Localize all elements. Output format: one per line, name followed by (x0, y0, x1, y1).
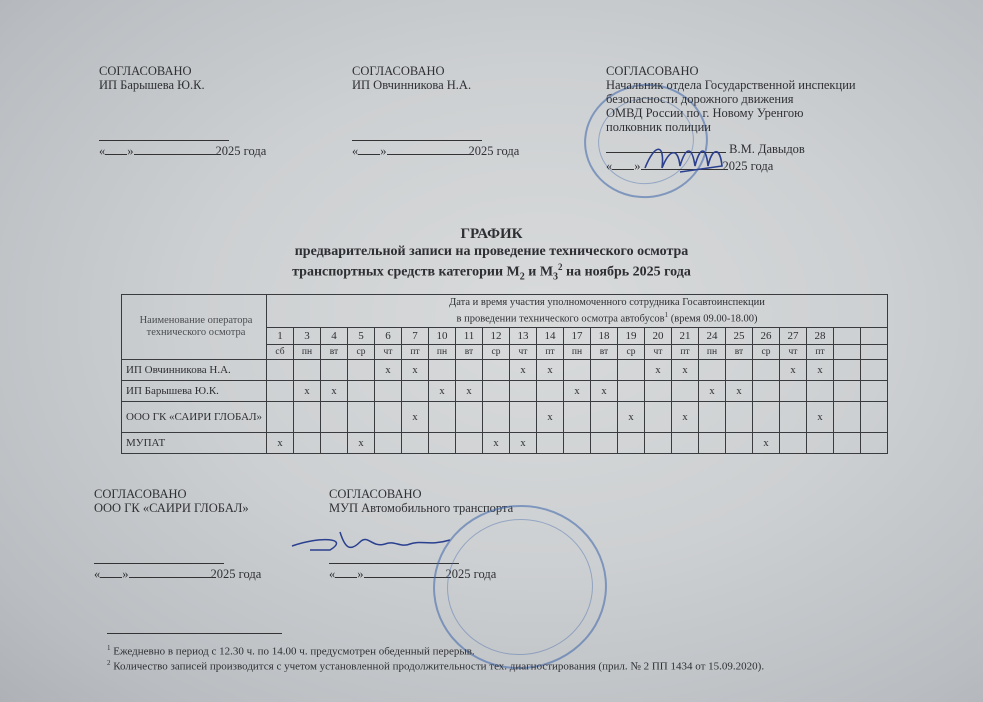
schedule-cell: x (807, 360, 834, 381)
date-line: «»2025 года (94, 567, 261, 581)
schedule-cell (699, 402, 726, 433)
schedule-cell: x (726, 381, 753, 402)
schedule-cell (456, 402, 483, 433)
weekday-cell: пн (564, 345, 591, 360)
schedule-cell (483, 402, 510, 433)
schedule-cell (834, 381, 861, 402)
table-row: ООО ГК «САИРИ ГЛОБАЛ»xxxxx (122, 402, 888, 433)
date-cell: 14 (537, 328, 564, 345)
approval-label: СОГЛАСОВАНО (94, 487, 261, 501)
schedule-cell: x (402, 402, 429, 433)
schedule-cell: x (348, 433, 375, 454)
schedule-cell: x (780, 360, 807, 381)
date-cell: 19 (618, 328, 645, 345)
doc-title: ГРАФИК (0, 226, 983, 243)
schedule-cell: x (429, 381, 456, 402)
footnote-2: 2 Количество записей производится с учет… (107, 659, 764, 673)
weekday-cell: пн (429, 345, 456, 360)
schedule-cell: x (402, 360, 429, 381)
operator-name: ИП Барышева Ю.К. (122, 381, 267, 402)
schedule-cell (861, 433, 888, 454)
date-cell: 20 (645, 328, 672, 345)
schedule-cell: x (591, 381, 618, 402)
schedule-cell (294, 433, 321, 454)
schedule-cell: x (618, 402, 645, 433)
date-cell: 11 (456, 328, 483, 345)
date-cell: 17 (564, 328, 591, 345)
signature-davydov (640, 138, 730, 178)
approval-party: ИП Барышева Ю.К. (99, 78, 266, 92)
date-line: «»2025 года (352, 144, 519, 158)
schedule-cell (402, 381, 429, 402)
schedule-cell (429, 402, 456, 433)
weekday-cell: сб (267, 345, 294, 360)
weekday-cell: вт (321, 345, 348, 360)
date-cell (861, 328, 888, 345)
schedule-cell (564, 433, 591, 454)
date-cell: 21 (672, 328, 699, 345)
schedule-cell (618, 360, 645, 381)
schedule-cell (429, 433, 456, 454)
date-cell: 12 (483, 328, 510, 345)
approval-party-line: Начальник отдела Государственной инспекц… (606, 78, 856, 92)
schedule-cell (726, 360, 753, 381)
doc-subtitle-1: предварительной записи на проведение тех… (0, 244, 983, 260)
table-row: ИП Барышева Ю.К.xxxxxxxx (122, 381, 888, 402)
weekday-cell: пт (537, 345, 564, 360)
signature-line (99, 128, 229, 141)
approval-party-line: полковник полиции (606, 120, 856, 134)
date-cell: 27 (780, 328, 807, 345)
weekday-cell: пт (672, 345, 699, 360)
weekday-cell: ср (348, 345, 375, 360)
schedule-cell (564, 402, 591, 433)
schedule-cell (753, 360, 780, 381)
schedule-cell (591, 360, 618, 381)
weekday-cell: ср (753, 345, 780, 360)
schedule-cell (726, 433, 753, 454)
schedule-cell (267, 381, 294, 402)
date-line: «»2025 года (99, 144, 266, 158)
schedule-cell (348, 360, 375, 381)
date-cell (834, 328, 861, 345)
approval-sairi: СОГЛАСОВАНО ООО ГК «САИРИ ГЛОБАЛ» «»2025… (94, 487, 261, 581)
approval-party: ИП Овчинникова Н.А. (352, 78, 519, 92)
schedule-cell (483, 360, 510, 381)
approval-label: СОГЛАСОВАНО (329, 487, 513, 501)
schedule-cell (267, 402, 294, 433)
date-cell: 10 (429, 328, 456, 345)
weekday-cell (834, 345, 861, 360)
date-cell: 24 (699, 328, 726, 345)
schedule-cell (861, 360, 888, 381)
date-cell: 6 (375, 328, 402, 345)
footnote-1: 1 Ежедневно в период с 12.30 ч. по 14.00… (107, 644, 475, 658)
schedule-cell (456, 360, 483, 381)
schedule-cell: x (537, 360, 564, 381)
schedule-cell (618, 381, 645, 402)
table-row: МУПАТxxxxx (122, 433, 888, 454)
header-date-time: Дата и время участия уполномоченного сот… (267, 295, 888, 328)
weekday-cell (861, 345, 888, 360)
schedule-cell (834, 360, 861, 381)
signer-name: В.М. Давыдов (729, 142, 805, 156)
schedule-cell (321, 402, 348, 433)
schedule-cell (645, 433, 672, 454)
schedule-cell: x (645, 360, 672, 381)
weekday-cell: чт (645, 345, 672, 360)
schedule-cell (807, 433, 834, 454)
schedule-cell (564, 360, 591, 381)
weekday-cell: ср (618, 345, 645, 360)
date-cell: 18 (591, 328, 618, 345)
table-row: ИП Овчинникова Н.А.xxxxxxxx (122, 360, 888, 381)
operator-name: МУПАТ (122, 433, 267, 454)
schedule-cell (753, 402, 780, 433)
schedule-cell: x (294, 381, 321, 402)
approval-party: ООО ГК «САИРИ ГЛОБАЛ» (94, 501, 261, 515)
signature-line (352, 128, 482, 141)
schedule-cell: x (672, 402, 699, 433)
approval-label: СОГЛАСОВАНО (99, 64, 266, 78)
schedule-cell (510, 402, 537, 433)
schedule-cell (834, 402, 861, 433)
schedule-cell (294, 360, 321, 381)
approval-party-line: ОМВД России по г. Новому Уренгою (606, 106, 856, 120)
schedule-cell (645, 381, 672, 402)
schedule-table: Наименование оператора технического осмо… (121, 294, 888, 454)
signature-line (94, 551, 224, 564)
schedule-cell (537, 433, 564, 454)
weekday-cell: ср (483, 345, 510, 360)
schedule-cell (348, 402, 375, 433)
date-cell: 1 (267, 328, 294, 345)
schedule-cell: x (807, 402, 834, 433)
approval-barysheva: СОГЛАСОВАНО ИП Барышева Ю.К. «»2025 года (99, 64, 266, 158)
schedule-cell (726, 402, 753, 433)
approval-label: СОГЛАСОВАНО (606, 64, 856, 78)
schedule-cell (429, 360, 456, 381)
schedule-cell (321, 433, 348, 454)
weekday-cell: вт (591, 345, 618, 360)
schedule-cell (861, 381, 888, 402)
schedule-cell: x (375, 360, 402, 381)
weekday-cell: чт (510, 345, 537, 360)
date-cell: 5 (348, 328, 375, 345)
operator-name: ООО ГК «САИРИ ГЛОБАЛ» (122, 402, 267, 433)
schedule-cell (267, 360, 294, 381)
weekday-cell: пт (402, 345, 429, 360)
schedule-cell (321, 360, 348, 381)
weekday-cell: вт (726, 345, 753, 360)
schedule-cell (672, 381, 699, 402)
schedule-cell (645, 402, 672, 433)
date-cell: 7 (402, 328, 429, 345)
schedule-cell: x (699, 381, 726, 402)
schedule-cell (375, 402, 402, 433)
schedule-cell: x (483, 433, 510, 454)
footnote-divider (107, 633, 282, 634)
schedule-cell (672, 433, 699, 454)
schedule-cell (861, 402, 888, 433)
approval-party-line: безопасности дорожного движения (606, 92, 856, 106)
schedule-cell (618, 433, 645, 454)
schedule-cell (294, 402, 321, 433)
schedule-cell (807, 381, 834, 402)
doc-subtitle-2: транспортных средств категории М2 и М32 … (0, 262, 983, 282)
weekday-cell: вт (456, 345, 483, 360)
schedule-cell (699, 433, 726, 454)
schedule-cell: x (510, 360, 537, 381)
schedule-cell (483, 381, 510, 402)
schedule-cell (456, 433, 483, 454)
date-cell: 26 (753, 328, 780, 345)
schedule-cell (780, 402, 807, 433)
approval-label: СОГЛАСОВАНО (352, 64, 519, 78)
date-cell: 25 (726, 328, 753, 345)
weekday-cell: пн (699, 345, 726, 360)
schedule-cell: x (672, 360, 699, 381)
schedule-cell (834, 433, 861, 454)
schedule-cell: x (753, 433, 780, 454)
schedule-cell (591, 402, 618, 433)
schedule-cell (753, 381, 780, 402)
schedule-cell (591, 433, 618, 454)
schedule-cell (402, 433, 429, 454)
schedule-cell: x (537, 402, 564, 433)
schedule-cell (780, 381, 807, 402)
weekday-cell: пн (294, 345, 321, 360)
approval-ovchinnikova: СОГЛАСОВАНО ИП Овчинникова Н.А. «»2025 г… (352, 64, 519, 158)
schedule-cell: x (510, 433, 537, 454)
date-cell: 28 (807, 328, 834, 345)
schedule-cell (780, 433, 807, 454)
signature-mupat (290, 528, 460, 558)
weekday-cell: чт (375, 345, 402, 360)
date-cell: 3 (294, 328, 321, 345)
schedule-cell (348, 381, 375, 402)
weekday-cell: чт (780, 345, 807, 360)
schedule-cell: x (267, 433, 294, 454)
date-cell: 13 (510, 328, 537, 345)
schedule-cell: x (321, 381, 348, 402)
schedule-cell: x (456, 381, 483, 402)
schedule-cell (375, 381, 402, 402)
schedule-cell (510, 381, 537, 402)
weekday-cell: пт (807, 345, 834, 360)
schedule-cell: x (564, 381, 591, 402)
schedule-cell (699, 360, 726, 381)
header-operator-name: Наименование оператора технического осмо… (122, 295, 267, 360)
schedule-cell (375, 433, 402, 454)
date-cell: 4 (321, 328, 348, 345)
operator-name: ИП Овчинникова Н.А. (122, 360, 267, 381)
schedule-cell (537, 381, 564, 402)
